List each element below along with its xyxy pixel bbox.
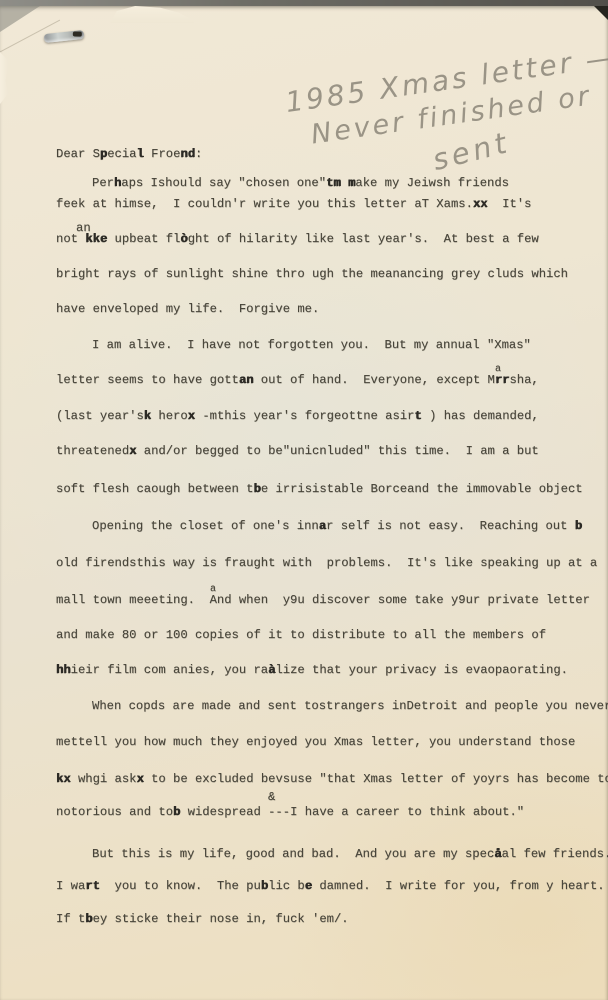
typed-line: letter seems to have gottan out of hand.…	[56, 373, 539, 387]
typed-line: I wart you to know. The public be damned…	[56, 879, 605, 893]
typed-line: old firendsthis way is fraught with prob…	[56, 556, 597, 570]
typed-line: not kke upbeat flòght of hilarity like l…	[56, 232, 539, 246]
typed-line: bright rays of sunlight shine thro ugh t…	[56, 267, 568, 281]
typed-line: threatenedx and/or begged to be"unicnlud…	[56, 444, 539, 458]
typed-lines: Dear Special Froend:Perhaps Ishould say …	[0, 6, 608, 1000]
typed-line: hhieir film com anies, you raàlize that …	[56, 663, 568, 677]
typed-line: Opening the closet of one's innar self i…	[92, 519, 582, 533]
typed-line: Dear Special Froend:	[56, 147, 202, 161]
typed-line: Perhaps Ishould say "chosen one"tm make …	[92, 176, 509, 190]
typed-line: notorious and tob widespread ---I have a…	[56, 805, 524, 819]
typed-line: mettell you how much they enjoyed you Xm…	[56, 735, 575, 749]
typed-line: kx whgi askx to be excluded bevsuse "tha…	[56, 772, 608, 786]
typed-line: and make 80 or 100 copies of it to distr…	[56, 628, 546, 642]
letter-page: 1985 Xmas letter — Never finished or sen…	[0, 6, 608, 1000]
typed-line: I am alive. I have not forgotten you. Bu…	[92, 338, 531, 352]
typed-line: When copds are made and sent tostrangers…	[92, 699, 608, 713]
typed-line: mall town meeeting. And when y9u discove…	[56, 593, 590, 607]
typed-line: If tbey sticke their nose in, fuck 'em/.	[56, 912, 349, 926]
typed-line: soft flesh caough between tbe irrisistab…	[56, 482, 583, 496]
typed-line: feek at himse, I couldn'r write you this…	[56, 197, 531, 211]
typed-line: &	[268, 790, 275, 804]
typed-line: (last year'sk herox -mthis year's forgeo…	[56, 409, 539, 423]
typed-line: But this is my life, good and bad. And y…	[92, 847, 608, 861]
typed-line: have enveloped my life. Forgive me.	[56, 302, 319, 316]
